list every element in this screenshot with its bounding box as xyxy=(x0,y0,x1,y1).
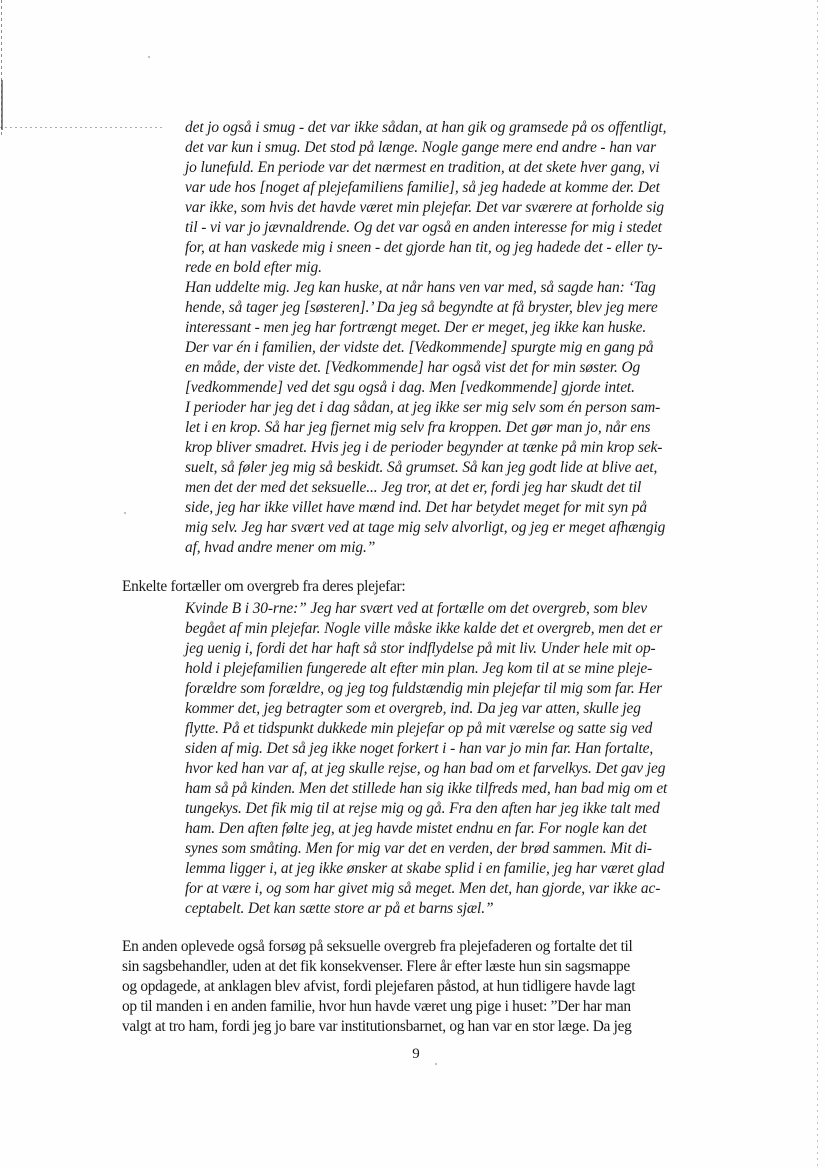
scan-speck xyxy=(148,56,150,58)
scan-artifact-horizontal-dotted-line xyxy=(0,127,165,128)
page-number: 9 xyxy=(122,1046,710,1063)
scan-artifact-right-edge-dots xyxy=(817,0,818,1168)
block-quote-woman-a-testimony: det jo også i smug - det var ikke sådan,… xyxy=(185,118,666,558)
scan-speck xyxy=(435,1063,437,1065)
paragraph-another-case: En anden oplevede også forsøg på seksuel… xyxy=(122,937,635,1037)
block-quote-woman-b-testimony: Kvinde B i 30-rne:” Jeg har svært ved at… xyxy=(185,599,667,919)
scan-artifact-left-edge-line xyxy=(1,0,2,135)
scan-artifact-left-edge-dark-segment xyxy=(1,80,3,130)
paragraph-intro-plejefar: Enkelte fortæller om overgreb fra deres … xyxy=(122,577,405,597)
scan-speck xyxy=(124,512,126,514)
document-page: det jo også i smug - det var ikke sådan,… xyxy=(0,0,825,1168)
